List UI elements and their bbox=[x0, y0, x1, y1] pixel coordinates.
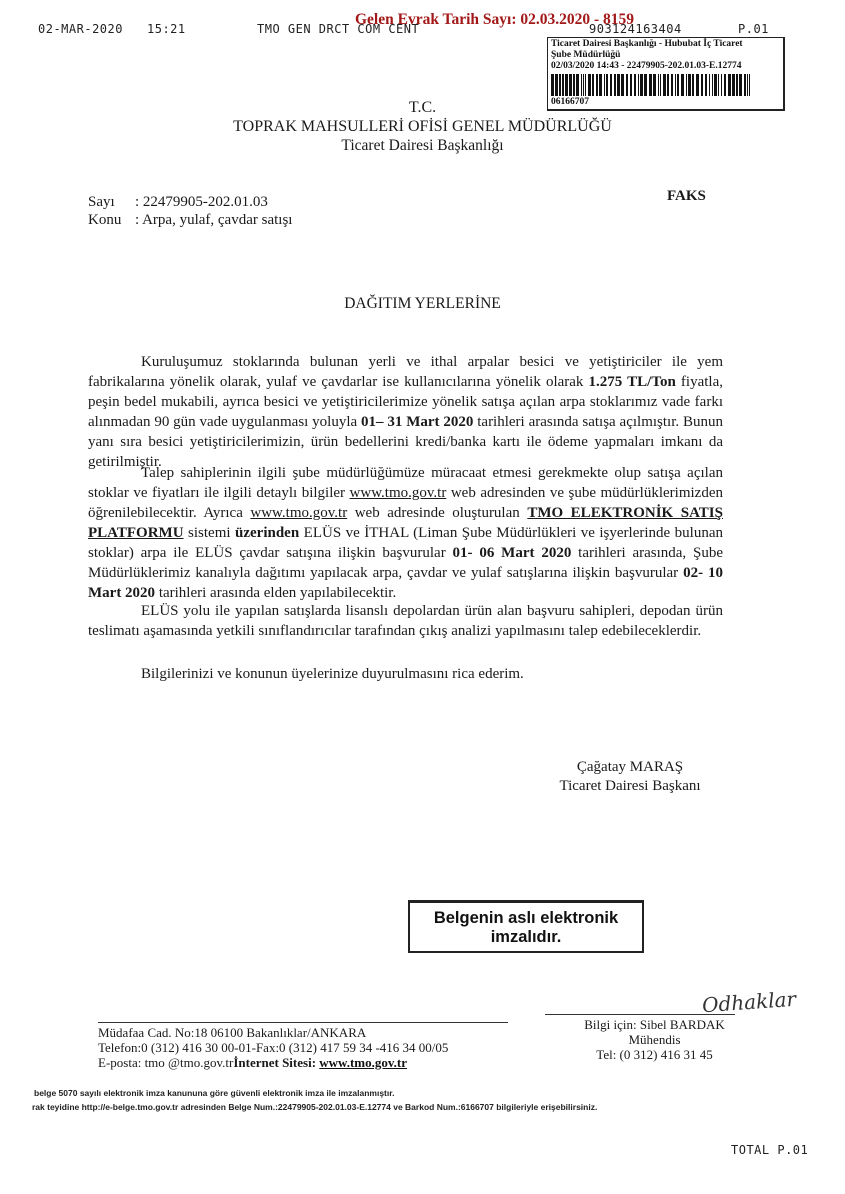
verification-line-1: belge 5070 sayılı elektronik imza kanunu… bbox=[34, 1087, 394, 1099]
sale-period: 01– 31 Mart 2020 bbox=[361, 414, 473, 430]
footer-phone: Telefon:0 (312) 416 30 00-01-Fax:0 (312)… bbox=[98, 1040, 448, 1055]
document-number-row: Sayı: 22479905-202.01.03 bbox=[88, 193, 268, 212]
verification-line-2: rak teyidine http://e-belge.tmo.gov.tr a… bbox=[32, 1101, 597, 1113]
barcode-timestamp: 02/03/2020 14:43 - 22479905-202.01.03-E.… bbox=[551, 61, 779, 72]
paragraph-3: ELÜS yolu ile yapılan satışlarda lisansl… bbox=[88, 601, 723, 641]
paragraph-2: Talep sahiplerinin ilgili şube müdürlüğü… bbox=[88, 463, 723, 603]
letterhead-organization: TOPRAK MAHSULLERİ OFİSİ GENEL MÜDÜRLÜĞÜ bbox=[0, 117, 845, 137]
footer-email: E-posta: tmo @tmo.gov.tr bbox=[98, 1055, 233, 1070]
barcode-subunit: Şube Müdürlüğü bbox=[551, 50, 779, 61]
document-number-label: Sayı bbox=[88, 193, 135, 212]
document-type: FAKS bbox=[667, 187, 706, 206]
paragraph-4: Bilgilerinizi ve konunun üyelerinize duy… bbox=[88, 664, 723, 684]
barcode-icon bbox=[551, 74, 779, 96]
price: 1.275 TL/Ton bbox=[589, 374, 676, 390]
letterhead-department: Ticaret Dairesi Başkanlığı bbox=[0, 136, 845, 156]
fax-total-pages: TOTAL P.01 bbox=[731, 1143, 808, 1157]
paragraph-1: Kuruluşumuz stoklarında bulunan yerli ve… bbox=[88, 352, 723, 472]
barcode-unit: Ticaret Dairesi Başkanlığı - Hububat İç … bbox=[551, 39, 779, 50]
footer-divider bbox=[545, 1014, 735, 1015]
fax-page: P.01 bbox=[738, 22, 769, 36]
signatory-name: Çağatay MARAŞ bbox=[520, 758, 740, 777]
info-contact-phone: Tel: (0 312) 416 31 45 bbox=[572, 1047, 737, 1062]
footer-contact: Müdafaa Cad. No:18 06100 Bakanlıklar/ANK… bbox=[98, 1025, 448, 1070]
incoming-document-stamp: Gelen Evrak Tarih Sayı: 02.03.2020 - 815… bbox=[355, 11, 634, 29]
letterhead-tc: T.C. bbox=[0, 98, 845, 118]
footer-website-link[interactable]: www.tmo.gov.tr bbox=[319, 1055, 407, 1070]
subject-label: Konu bbox=[88, 211, 135, 230]
application-period: 01- 06 Mart 2020 bbox=[453, 545, 572, 561]
signature-block: Çağatay MARAŞ Ticaret Dairesi Başkanı bbox=[520, 758, 740, 796]
info-contact-title: Mühendis bbox=[572, 1032, 737, 1047]
website-link[interactable]: www.tmo.gov.tr bbox=[250, 505, 347, 521]
subject-value: : Arpa, yulaf, çavdar satışı bbox=[135, 212, 292, 228]
info-contact-name: Bilgi için: Sibel BARDAK bbox=[572, 1017, 737, 1032]
subject-row: Konu: Arpa, yulaf, çavdar satışı bbox=[88, 211, 292, 230]
e-signature-stamp: Belgenin aslı elektronik imzalıdır. bbox=[408, 900, 644, 953]
footer-web-row: E-posta: tmo @tmo.gov.trİnternet Sitesi:… bbox=[98, 1055, 448, 1070]
footer-info-contact: Bilgi için: Sibel BARDAK Mühendis Tel: (… bbox=[572, 1017, 737, 1062]
document-number-value: : 22479905-202.01.03 bbox=[135, 194, 268, 210]
addressee: DAĞITIM YERLERİNE bbox=[0, 295, 845, 313]
signatory-title: Ticaret Dairesi Başkanı bbox=[520, 777, 740, 796]
website-link[interactable]: www.tmo.gov.tr bbox=[350, 485, 447, 501]
fax-time: 15:21 bbox=[147, 22, 186, 36]
footer-address: Müdafaa Cad. No:18 06100 Bakanlıklar/ANK… bbox=[98, 1025, 448, 1040]
footer-divider bbox=[98, 1022, 508, 1023]
fax-date: 02-MAR-2020 bbox=[38, 22, 123, 36]
handwritten-note: Odhaklar bbox=[701, 987, 796, 1017]
